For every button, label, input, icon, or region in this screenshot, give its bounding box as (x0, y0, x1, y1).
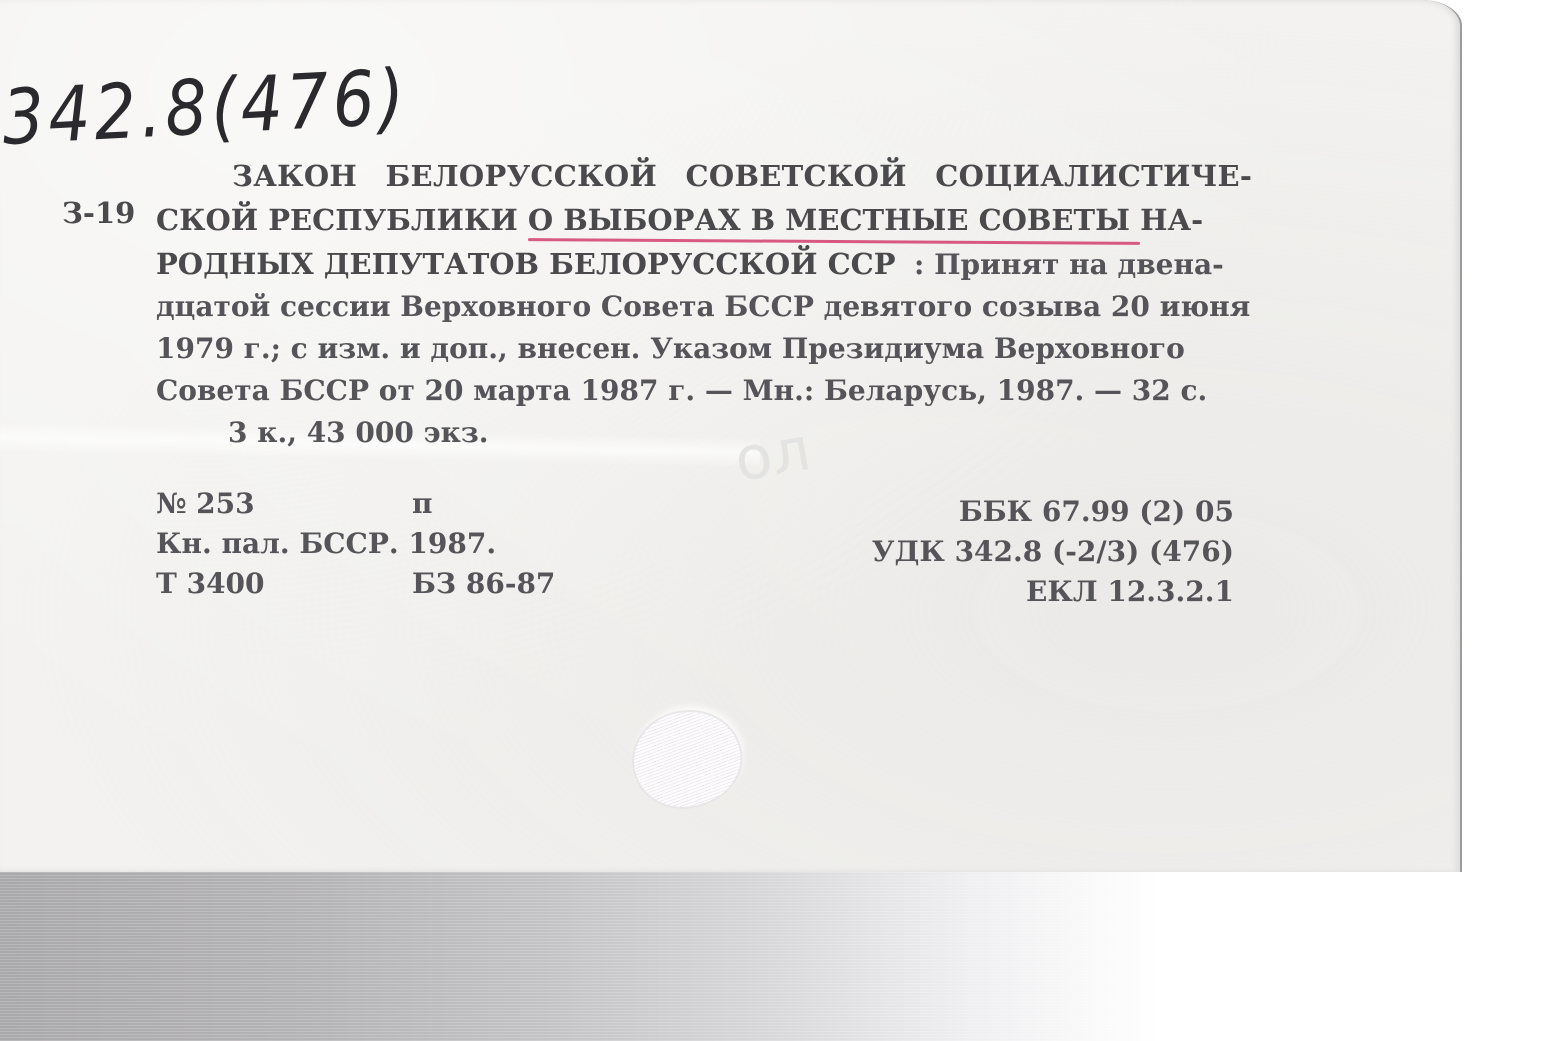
card-number: № 253 (156, 487, 255, 520)
shelf-code: З-19 (62, 196, 135, 230)
details-line-1: дцатой сессии Верховного Совета БССР дев… (156, 286, 1326, 328)
t-code: Т 3400 (156, 567, 265, 600)
scan-stage: 342.8(476) З-19 ЗАКОН БЕЛОРУССКОЙ СОВЕТС… (0, 0, 1546, 1041)
book-chamber: Кн. пал. БССР. 1987. (156, 527, 496, 560)
card-mark: п (412, 484, 433, 524)
card-meta-right: ББК 67.99 (2) 05 УДК 342.8 (-2/3) (476) … (872, 492, 1234, 612)
bbk-code: ББК 67.99 (2) 05 (872, 492, 1234, 532)
meta-row-chamber: Кн. пал. БССР. 1987. (156, 524, 576, 564)
title-fragment-2: РОДНЫХ ДЕПУТАТОВ БЕЛОРУССКОЙ ССР (156, 247, 896, 281)
meta-row-number: № 253 п (156, 484, 576, 524)
adoption-note-start: : Принят на двена- (914, 248, 1224, 281)
punch-hole (621, 697, 753, 822)
ekl-code: ЕКЛ 12.3.2.1 (872, 572, 1234, 612)
title-line-1: ЗАКОН БЕЛОРУССКОЙ СОВЕТСКОЙ СОЦИАЛИСТИЧЕ… (156, 154, 1326, 198)
title-line-3: РОДНЫХ ДЕПУТАТОВ БЕЛОРУССКОЙ ССР : Приня… (156, 242, 1326, 286)
faint-pencil-mark: ол (729, 414, 815, 496)
details-line-3: Совета БССР от 20 марта 1987 г. — Мн.: Б… (156, 370, 1326, 412)
scanner-bed-strip (0, 872, 1546, 1041)
title-fragment: СКОЙ РЕСПУБЛИКИ (156, 203, 518, 237)
card-meta-left: № 253 п Кн. пал. БССР. 1987. Т 3400 БЗ 8… (156, 484, 576, 604)
udk-code: УДК 342.8 (-2/3) (476) (872, 532, 1234, 572)
title-line-2: СКОЙ РЕСПУБЛИКИ О ВЫБОРАХ В МЕСТНЫЕ СОВЕ… (156, 198, 1326, 242)
meta-row-codes: Т 3400 БЗ 86-87 (156, 564, 576, 604)
handwritten-call-number: 342.8(476) (0, 53, 410, 163)
title-hyphen-fragment: НА- (1140, 203, 1203, 237)
catalog-card: 342.8(476) З-19 ЗАКОН БЕЛОРУССКОЙ СОВЕТС… (0, 0, 1462, 874)
bz-code: БЗ 86-87 (412, 564, 555, 604)
underlined-title-phrase: О ВЫБОРАХ В МЕСТНЫЕ СОВЕТЫ (528, 203, 1130, 237)
bibliographic-title: ЗАКОН БЕЛОРУССКОЙ СОВЕТСКОЙ СОЦИАЛИСТИЧЕ… (156, 154, 1326, 454)
details-line-2: 1979 г.; с изм. и доп., внесен. Указом П… (156, 328, 1326, 370)
